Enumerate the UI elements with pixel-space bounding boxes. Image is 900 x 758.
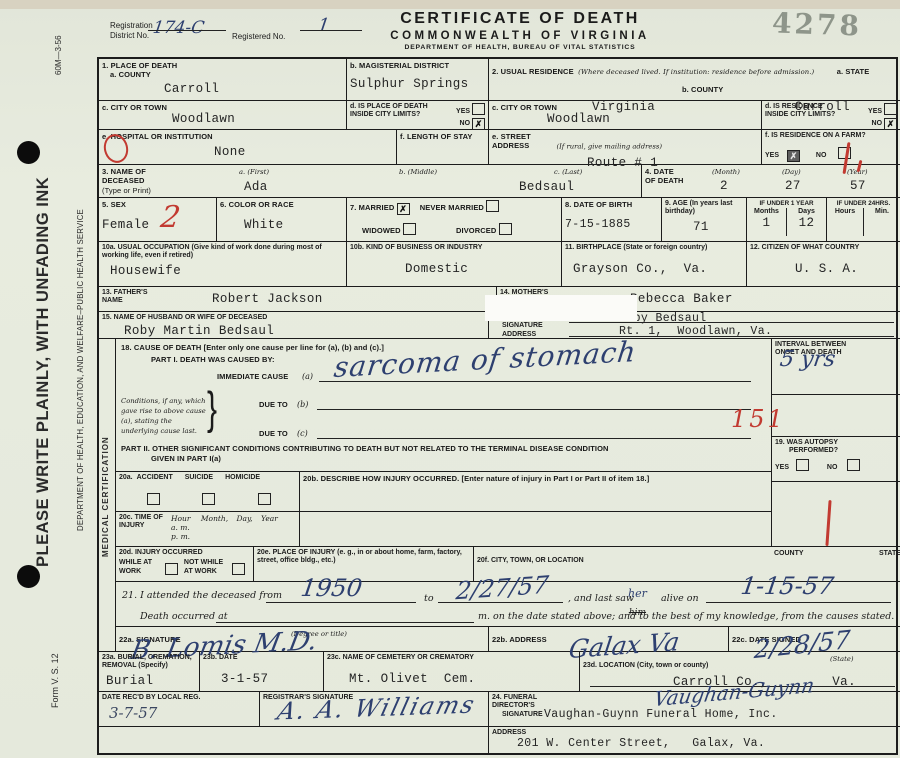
field-funeral-address: ADDRESS 201 W. Center Street, Galax, Va.: [489, 727, 900, 755]
certificate-form: 1. PLACE OF DEATH a. COUNTY Carroll b. M…: [97, 57, 898, 755]
due-to-c-line: [317, 438, 751, 439]
death-hour-line: [216, 622, 474, 623]
scan-edge: [0, 0, 900, 9]
due-to-b-line: [317, 409, 751, 410]
field-place-inside-city-limits: d. IS PLACE OF DEATH INSIDE CITY LIMITS?…: [347, 101, 489, 130]
field-certifier-signature: 22a. SIGNATURE (Degree or title) B. Lomi…: [116, 627, 489, 652]
medical-certification-strip: MEDICAL CERTIFICATION: [99, 339, 116, 652]
death-certificate-scan: 60M—3-56 PLEASE WRITE PLAINLY, WITH UNFA…: [0, 0, 900, 758]
autopsy-no-checkbox: [847, 459, 860, 471]
citizen-value: U. S. A.: [795, 262, 897, 276]
field-date-of-birth: 8. DATE OF BIRTH 7-15-1885: [562, 198, 662, 242]
residence-limits-no-checkbox: ✗: [884, 118, 897, 130]
industry-value: Domestic: [405, 262, 558, 276]
field-street-address: e. STREET ADDRESS (If rural, give mailin…: [489, 130, 762, 165]
field-accident-suicide-homicide: 20a. ACCIDENT SUICIDE HOMICIDE: [116, 472, 300, 512]
spouse-name-value: Roby Martin Bedsaul: [124, 324, 485, 338]
field-funeral-director: 24. FUNERAL DIRECTOR'SSIGNATURE Vaughan-…: [489, 692, 900, 727]
field-citizen-country: 12. CITIZEN OF WHAT COUNTRY U. S. A.: [747, 242, 900, 287]
burial-date-value: 3-1-57: [221, 672, 320, 686]
field-date-signed: 22c. DATE SIGNED 2/28/57: [729, 627, 900, 652]
not-while-at-work-checkbox: [232, 563, 245, 575]
conditions-brace: }: [207, 385, 217, 436]
print-code: 60M—3-56: [54, 20, 63, 90]
due-to-c-label: DUE TO: [259, 429, 288, 438]
place-limits-yes-checkbox: [472, 103, 485, 115]
field-age-under-one-year: IF UNDER 1 YEAR Months 1 Days 12: [747, 198, 827, 242]
field-usual-occupation: 10a. USUAL OCCUPATION (Give kind of work…: [99, 242, 347, 287]
attended-from-line: [266, 602, 416, 603]
death-month-value: 2: [720, 179, 728, 193]
field-cemetery: 23c. NAME OF CEMETERY OR CREMATORY Mt. O…: [324, 652, 580, 692]
homicide-checkbox: [258, 493, 271, 505]
funeral-address-value: 201 W. Center Street, Galax, Va.: [517, 737, 897, 750]
injury-blank-cell: [300, 512, 772, 547]
registrar-signature-handwriting: A. A. Williams: [275, 690, 479, 725]
field-name-of-deceased: 3. NAME OF DECEASED (Type or Print) a. (…: [99, 165, 642, 198]
field-registrar-signature: REGISTRAR'S SIGNATURE A. A. Williams: [260, 692, 489, 727]
field-hospital: e. HOSPITAL OR INSTITUTION None: [99, 130, 397, 165]
right-blank-cell: [772, 482, 900, 547]
field-color-or-race: 6. COLOR OR RACE White: [217, 198, 347, 242]
field-time-of-injury: 20c. TIME OF INJURY Hour Month, Day, Yea…: [116, 512, 300, 547]
married-checkbox: ✗: [397, 203, 410, 215]
bureau-line: DEPARTMENT OF HEALTH, BUREAU OF VITAL ST…: [330, 44, 710, 51]
field-attended-statement: 21. I attended the deceased from 1950 to…: [116, 582, 900, 627]
redaction-box: [485, 295, 637, 321]
autopsy-yes-checkbox: [796, 459, 809, 471]
field-sex: 5. SEX Female 2: [99, 198, 217, 242]
field-spouse-name: 15. NAME OF HUSBAND OR WIFE OF DECEASED …: [99, 312, 489, 339]
residence-limits-yes-checkbox: [884, 103, 897, 115]
interval-handwriting: 5 yrs: [778, 347, 837, 372]
field-usual-residence: 2. USUAL RESIDENCE (Where deceased lived…: [489, 59, 900, 101]
hospital-value: None: [214, 145, 393, 159]
certificate-title: CERTIFICATE OF DEATH: [330, 10, 710, 28]
field-burial-type: 23a. BURIAL, CREMATION, REMOVAL (Specify…: [99, 652, 200, 692]
registered-no-label: Registered No.: [232, 32, 285, 41]
field-length-of-stay: f. LENGTH OF STAY: [397, 130, 489, 165]
burial-value: Burial: [106, 674, 196, 688]
due-to-b-label: DUE TO: [259, 400, 288, 409]
death-year-value: 57: [850, 179, 866, 193]
first-name-value: Ada: [244, 180, 268, 194]
field-age-under-24-hours: IF UNDER 24HRS. Hours Min.: [827, 198, 900, 242]
place-county-value: Carroll: [164, 82, 343, 96]
medical-certification-label: MEDICAL CERTIFICATION: [101, 354, 110, 639]
field-residence-on-farm: f. IS RESIDENCE ON A FARM? YES ✗ NO: [762, 130, 900, 165]
punch-hole-top: [17, 141, 40, 164]
suicide-checkbox: [202, 493, 215, 505]
last-seen-handwriting: 1-15-57: [739, 572, 836, 600]
registered-no-value: 1: [317, 15, 331, 36]
place-city-value: Woodlawn: [172, 112, 343, 126]
informant-signature-line: [569, 322, 894, 323]
district-no-line: [148, 30, 226, 31]
registration-label: Registration District No.: [110, 21, 153, 40]
sex-value: Female: [102, 218, 213, 232]
part2-label-line2: GIVEN IN PART I(a): [151, 454, 221, 463]
birth-date-value: 7-15-1885: [565, 218, 658, 231]
commonwealth-subtitle: COMMONWEALTH OF VIRGINIA: [330, 30, 710, 42]
conditions-note: Conditions, if any, which gave rise to a…: [121, 397, 209, 436]
race-value: White: [244, 218, 343, 232]
field-residence-inside-city-limits: d. IS RESIDENCE INSIDE CITY LIMITS? YES …: [762, 101, 900, 130]
attended-alive-line: [706, 602, 891, 603]
district-no-value: 174-C: [152, 18, 206, 38]
field-date-received: DATE REC'D BY LOCAL REG. 3-7-57: [99, 692, 260, 727]
occupation-value: Housewife: [110, 264, 343, 278]
death-day-value: 27: [785, 179, 801, 193]
field-marital-status: 7. MARRIED ✗ NEVER MARRIED WIDOWED DIVOR…: [347, 198, 562, 242]
cemetery-value: Mt. Olivet Cem.: [349, 672, 576, 686]
field-date-of-death: 4. DATE OF DEATH (Month) (Day) (Year) 2 …: [642, 165, 900, 198]
write-plainly-note: PLEASE WRITE PLAINLY, WITH UNFADING INK: [34, 172, 53, 572]
immediate-cause-label: IMMEDIATE CAUSE: [217, 372, 288, 381]
last-name-value: Bedsaul: [519, 180, 574, 194]
field-residence-city: c. CITY OR TOWN Woodlawn: [489, 101, 762, 130]
field-father-name: 13. FATHER'S NAME Robert Jackson: [99, 287, 497, 312]
form-code: Form V. S. 12: [50, 636, 60, 726]
attended-from-handwriting: 1950: [299, 574, 364, 602]
residence-city-value: Woodlawn: [547, 112, 758, 126]
divorced-checkbox: [499, 223, 512, 235]
bottom-blank-cell: [99, 727, 489, 755]
field-place-city: c. CITY OR TOWN Woodlawn: [99, 101, 347, 130]
part2-label: PART II. OTHER SIGNIFICANT CONDITIONS CO…: [121, 444, 609, 453]
place-limits-no-checkbox: ✗: [472, 118, 485, 130]
field-age-years: 9. AGE (In years last birthday) 71: [662, 198, 747, 242]
accident-checkbox: [147, 493, 160, 505]
funeral-home-name: Vaughan-Guynn Funeral Home, Inc.: [544, 708, 778, 721]
father-name-value: Robert Jackson: [212, 292, 493, 306]
while-at-work-checkbox: [165, 563, 178, 575]
attended-to-handwriting: 2/27/57: [455, 571, 550, 606]
widowed-checkbox: [403, 223, 416, 235]
birthplace-value: Grayson Co., Va.: [573, 262, 743, 276]
date-received-handwriting: 3-7-57: [109, 704, 157, 722]
mother-name-value: Rebecca Baker: [630, 292, 897, 306]
field-certifier-address: 22b. ADDRESS Galax Va: [489, 627, 729, 652]
field-interval-onset-death: INTERVAL BETWEENONSET AND DEATH 5 yrs: [772, 339, 900, 395]
field-burial-date: 23b. DATE 3-1-57: [200, 652, 324, 692]
margin-dept-line: DEPARTMENT OF HEALTH, EDUCATION, AND WEL…: [76, 165, 85, 575]
field-autopsy: 19. WAS AUTOPSYPERFORMED? YES NO: [772, 437, 900, 482]
field-place-of-death-county: 1. PLACE OF DEATH a. COUNTY Carroll: [99, 59, 347, 101]
certificate-number-stamp: 4278: [771, 6, 862, 42]
magisterial-district-value: Sulphur Springs: [350, 77, 485, 91]
certificate-header: CERTIFICATE OF DEATH COMMONWEALTH OF VIR…: [330, 10, 710, 51]
farm-yes-checkbox: ✗: [787, 150, 800, 162]
field-birthplace: 11. BIRTHPLACE (State or foreign country…: [562, 242, 747, 287]
age-years-value: 71: [693, 220, 743, 234]
age-days-value: 12: [787, 216, 826, 230]
part1-label: PART I. DEATH WAS CAUSED BY:: [151, 355, 275, 364]
interval-blank-cell: [772, 395, 900, 437]
field-business-industry: 10b. KIND OF BUSINESS OR INDUSTRY Domest…: [347, 242, 562, 287]
red-stroke-annotation-right: [825, 500, 831, 546]
field-injury-occurred: 20d. INJURY OCCURRED WHILE AT WORK NOT W…: [116, 547, 254, 582]
field-magisterial-district: b. MAGISTERIAL DISTRICT Sulphur Springs: [347, 59, 489, 101]
field-describe-injury: 20b. DESCRIBE HOW INJURY OCCURRED. [Ente…: [300, 472, 772, 512]
never-married-checkbox: [486, 200, 499, 212]
field-place-of-injury: 20e. PLACE OF INJURY (e. g., in or about…: [254, 547, 474, 582]
age-months-value: 1: [747, 216, 786, 230]
